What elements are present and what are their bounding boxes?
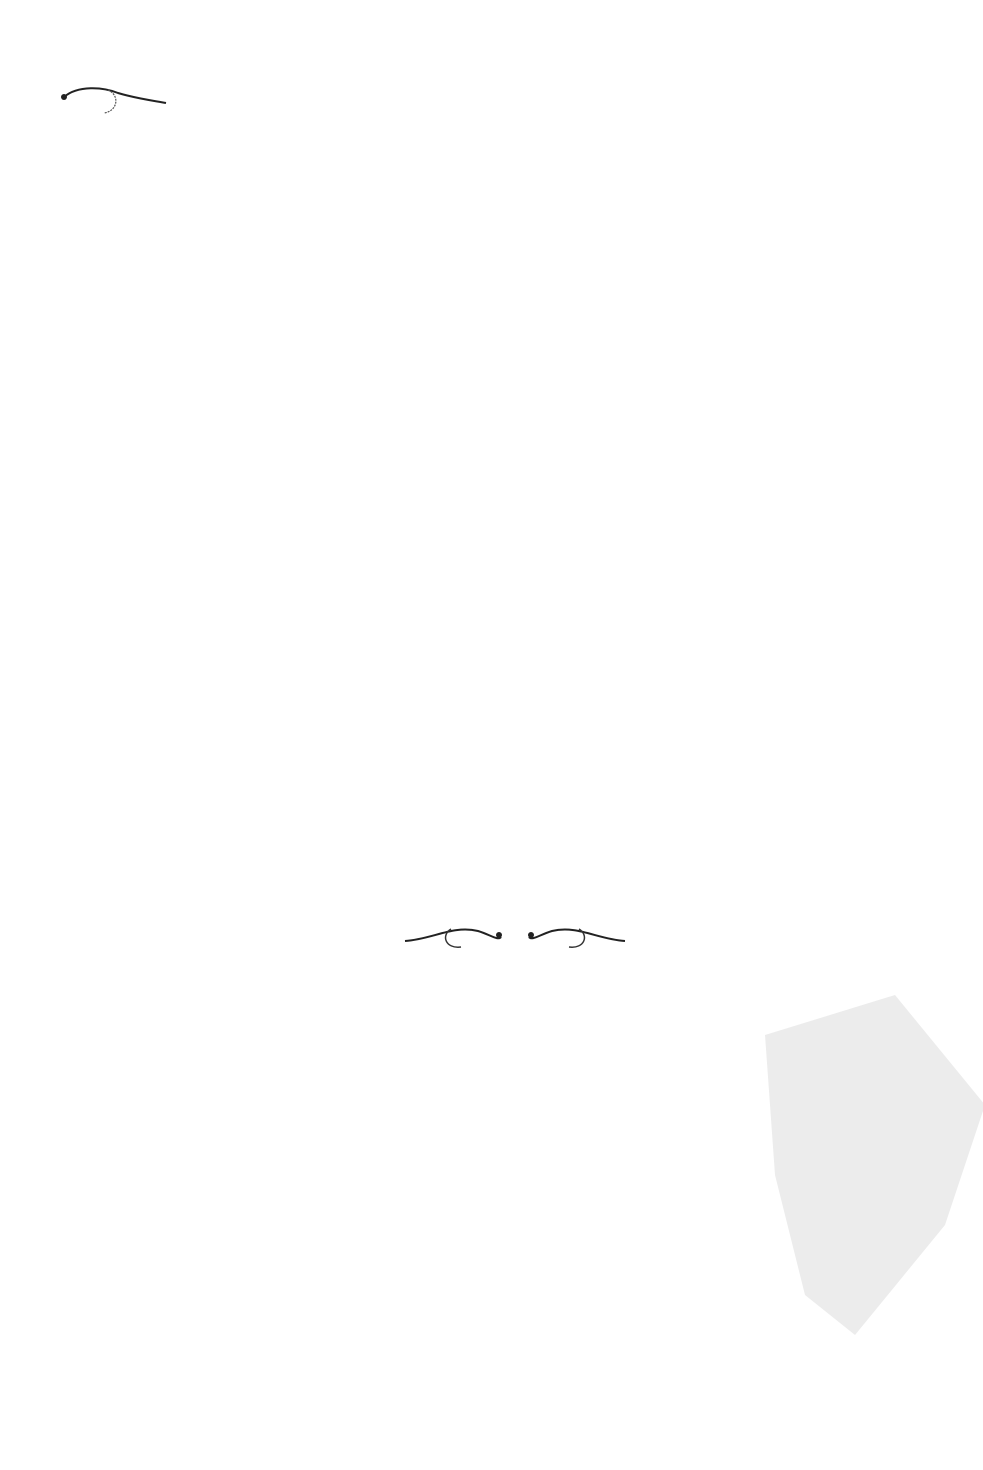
ornament-left-icon: [403, 919, 503, 955]
watermark-stamp: [745, 995, 983, 1335]
section-heading: [300, 912, 730, 962]
ornament-swirl-icon: [58, 85, 168, 125]
ornament-right-icon: [527, 919, 627, 955]
